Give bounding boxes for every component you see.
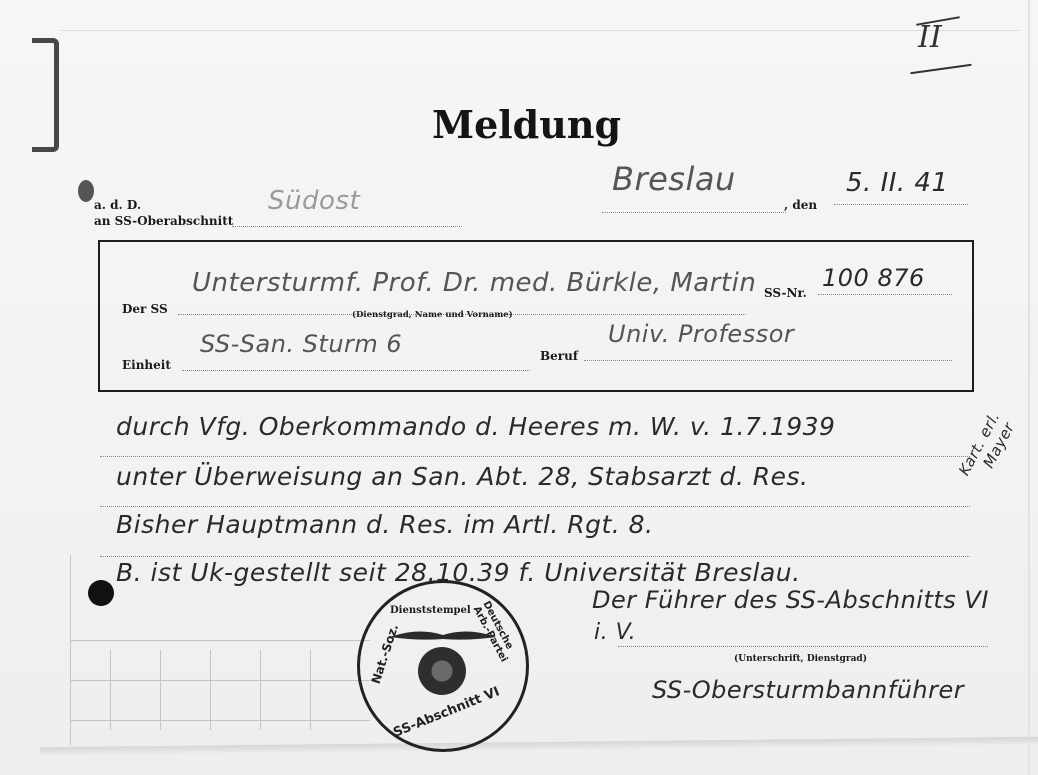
addressee-dotted-line	[232, 226, 462, 227]
addressee-label: an SS-Oberabschnitt	[94, 214, 233, 228]
place-dotted-line	[602, 212, 786, 213]
paper-edge	[60, 30, 1020, 31]
ss-number-label: SS-Nr.	[764, 286, 807, 300]
stamp-top-label: Dienststempel	[390, 605, 471, 616]
document-title: Meldung	[432, 102, 621, 147]
addressee-line1: a. d. D.	[94, 198, 141, 212]
signature-dotted-line	[618, 646, 988, 647]
signature-rank: SS-Obersturmbannführer	[652, 676, 964, 704]
binder-clip-icon	[32, 38, 59, 152]
date-value: 5. II. 41	[846, 168, 949, 198]
unit-value: SS-San. Sturm 6	[200, 330, 402, 358]
paper-edge	[1028, 0, 1030, 775]
stamp-wings-icon	[388, 627, 498, 645]
profession-label: Beruf	[540, 349, 578, 363]
document-page: II Meldung a. d. D. an SS-Oberabschnitt …	[0, 0, 1038, 775]
ss-number-value: 100 876	[822, 264, 925, 292]
signature-line-2: i. V.	[594, 620, 636, 645]
rank-name-label: Der SS	[122, 302, 168, 316]
body-ruled-line	[100, 506, 970, 507]
profession-dotted-line	[584, 360, 952, 361]
rank-name-caption: (Dienstgrad, Name und Vorname)	[352, 310, 513, 320]
profession-value: Univ. Professor	[608, 320, 794, 348]
corner-mark: II	[918, 20, 942, 55]
unit-label: Einheit	[122, 358, 171, 372]
signature-caption: (Unterschrift, Dienstgrad)	[734, 654, 867, 664]
punch-hole-icon	[78, 180, 94, 202]
date-label: , den	[784, 198, 817, 212]
ss-number-dotted-line	[818, 294, 952, 295]
unit-dotted-line	[182, 370, 530, 371]
body-ruled-line	[100, 456, 970, 457]
rank-name-value: Untersturmf. Prof. Dr. med. Bürkle, Mart…	[192, 268, 756, 298]
body-line-3: Bisher Hauptmann d. Res. im Artl. Rgt. 8…	[116, 510, 654, 539]
signature-line-1: Der Führer des SS-Abschnitts VI	[592, 586, 989, 614]
margin-note: Kart. erl. Mayer	[955, 409, 1019, 487]
body-line-1: durch Vfg. Oberkommando d. Heeres m. W. …	[116, 412, 835, 441]
place-value: Breslau	[612, 160, 736, 198]
body-line-2: unter Überweisung an San. Abt. 28, Stabs…	[116, 462, 808, 491]
addressee-value: Südost	[268, 186, 360, 216]
faded-background-form	[70, 555, 370, 745]
official-stamp: Dienststempel Nat.-Soz. Deutsche Arb.-Pa…	[357, 580, 529, 752]
stamp-emblem-icon	[418, 647, 466, 695]
date-dotted-line	[834, 204, 968, 205]
